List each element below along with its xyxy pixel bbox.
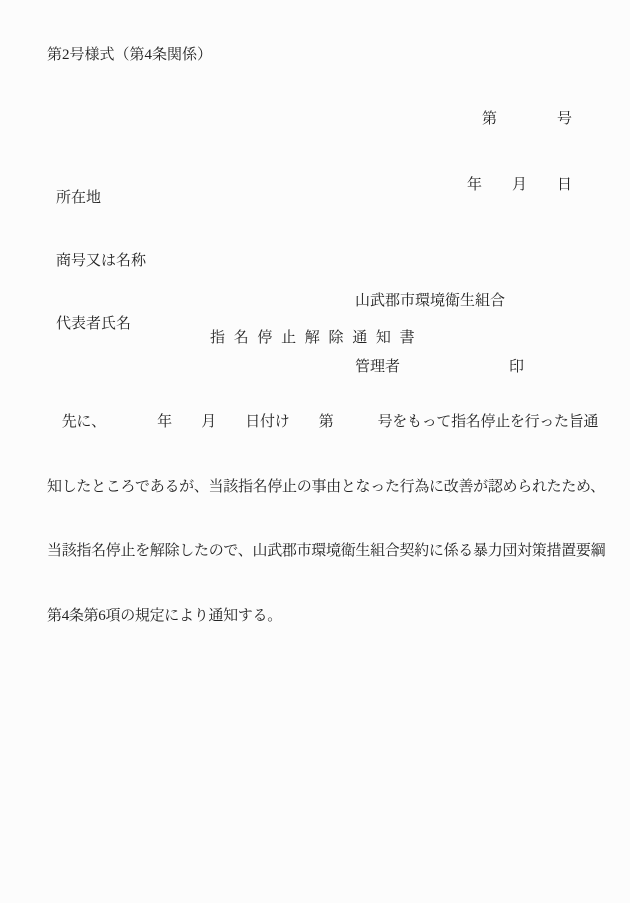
body-paragraph: 先に、 年 月 日付け 第 号をもって指名停止を行った旨通 知したところであるが… xyxy=(47,369,617,670)
document-page: 第2号様式（第4条関係） 第 号 年 月 日 所在地 商号又は名称 代表者氏名 … xyxy=(0,0,630,903)
document-title: 指名停止解除通知書 xyxy=(210,327,423,349)
sender-organization: 山武郡市環境衛生組合 xyxy=(355,290,524,312)
body-line: 知したところであるが、当該指名停止の事由となった行為に改善が認められたため、 xyxy=(47,477,617,499)
recipient-company-label: 商号又は名称 xyxy=(56,251,146,272)
form-number: 第2号様式（第4条関係） xyxy=(47,44,212,66)
document-number-line: 第 号 xyxy=(467,108,572,130)
body-line: 第4条第6項の規定により通知する。 xyxy=(47,606,617,628)
recipient-address-label: 所在地 xyxy=(56,188,146,209)
header-right-block: 第 号 年 月 日 xyxy=(467,64,572,240)
recipient-representative-label: 代表者氏名 xyxy=(56,314,146,335)
date-line: 年 月 日 xyxy=(467,174,572,196)
body-line: 先に、 年 月 日付け 第 号をもって指名停止を行った旨通 xyxy=(47,412,617,434)
recipient-block: 所在地 商号又は名称 代表者氏名 xyxy=(56,146,146,377)
body-line: 当該指名停止を解除したので、山武郡市環境衛生組合契約に係る暴力団対策措置要綱 xyxy=(47,541,617,563)
